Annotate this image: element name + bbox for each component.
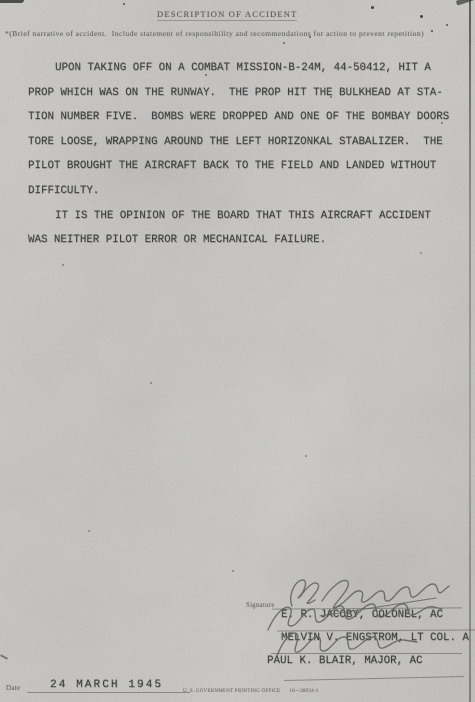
scan-speck [371, 6, 374, 9]
signatory-typed-name: MELVIN V. ENGSTROM, LT COL. A [281, 633, 469, 644]
scan-corner-mark [456, 0, 475, 6]
date-line [27, 692, 190, 693]
narrative-line: TORE LOOSE, WRAPPING AROUND THE LEFT HOR… [28, 130, 449, 155]
narrative-line: TION NUMBER FIVE. BOMBS WERE DROPPED AND… [28, 105, 449, 130]
signatory-typed-name: E. R. JACOBY, COLONEL, AC [281, 610, 443, 621]
scan-speck [283, 42, 285, 44]
date-typed-value: 24 MARCH 1945 [50, 679, 163, 691]
accident-report-scanned-page: DESCRIPTION OF ACCIDENT *(Brief narrativ… [0, 0, 475, 702]
scan-speck [309, 36, 311, 38]
scan-corner-mark [0, 0, 24, 3]
scan-speck [305, 455, 307, 457]
signatory-typed-name: PAUL K. BLAIR, MAJOR, AC [267, 656, 423, 667]
scan-speck [150, 382, 152, 384]
signature-label: Signature [246, 602, 275, 609]
scan-speck [330, 96, 332, 98]
form-section-title: DESCRIPTION OF ACCIDENT [157, 9, 297, 21]
accident-narrative: UPON TAKING OFF ON A COMBAT MISSION-B-24… [28, 56, 449, 253]
scan-speck [205, 74, 207, 76]
scan-speck [123, 3, 125, 5]
paper-stain [120, 330, 380, 550]
date-label: Date [6, 684, 20, 692]
narrative-line: PILOT BROUGHT THE AIRCRAFT BACK TO THE F… [28, 154, 449, 179]
narrative-line: IT IS THE OPINION OF THE BOARD THAT THIS… [28, 204, 449, 229]
signature-line [271, 653, 462, 654]
scan-speck [420, 15, 423, 18]
form-section-instructions: *(Brief narrative of accident. Include s… [5, 29, 445, 38]
scan-speck [232, 570, 234, 572]
gpo-imprint: U. S. GOVERNMENT PRINTING OFFICE 16—3803… [183, 689, 319, 694]
narrative-line: WAS NEITHER PILOT ERROR OR MECHANICAL FA… [28, 228, 449, 253]
scan-speck [431, 30, 433, 32]
scan-speck [62, 264, 64, 266]
scan-edge-mark [0, 654, 8, 660]
scan-speck [446, 24, 448, 26]
scan-speck [441, 122, 443, 124]
scan-speck [420, 252, 422, 254]
narrative-line: UPON TAKING OFF ON A COMBAT MISSION-B-24… [28, 56, 449, 81]
narrative-line: DIFFICULTY. [28, 179, 449, 204]
scan-edge-line [469, 0, 471, 702]
scan-speck [88, 530, 90, 532]
narrative-line: PROP WHICH WAS ON THE RUNWAY. THE PROP H… [28, 81, 449, 106]
